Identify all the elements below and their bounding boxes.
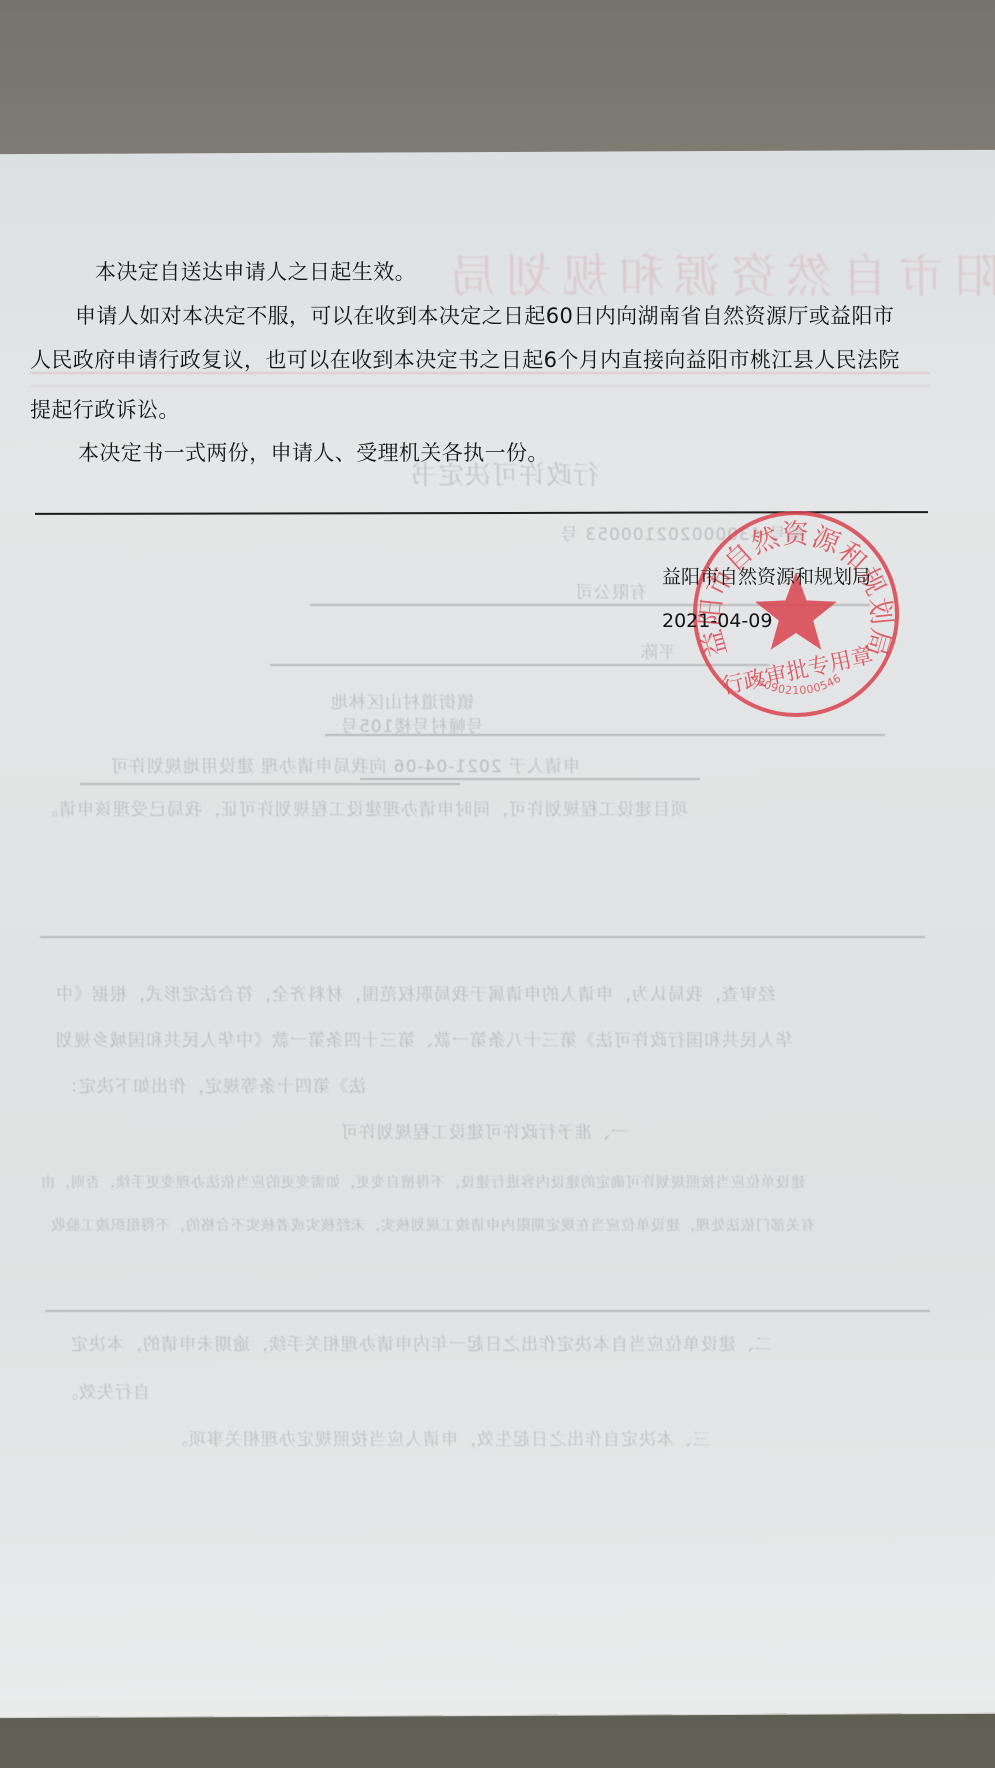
- issuer-name: 益阳市自然资源和规划局: [662, 565, 871, 589]
- paragraph-effective-date: 本决定自送达申请人之日起生效。: [95, 259, 416, 285]
- bleed-rule: [360, 778, 700, 780]
- background-surface-top: [0, 0, 995, 160]
- bleed-text: 三、本决定自作出之日起生效，申请人应当按照规定办理相关事项。: [170, 1425, 710, 1450]
- bleed-title: 益阳市自然资源和规划局: [440, 240, 995, 306]
- bleed-text: 一、准予行政许可建设工程规划许可: [340, 1118, 628, 1143]
- bleed-rule: [325, 734, 885, 736]
- bleed-text: 有限公司: [575, 578, 647, 603]
- bleed-text: 有关部门依法处理，建设单位应当在规定期限内申请竣工规划核实，未经核实或者核实不合…: [50, 1215, 815, 1235]
- bleed-text: 建设单位应当按照规划许可确定的建设内容进行建设，不得擅自变更，如需变更的应当依法…: [40, 1172, 805, 1192]
- bleed-text: 自行失效。: [60, 1378, 150, 1403]
- bleed-text: 项目建设工程规划许可，同时申请办理建设工程规划许可证，我局已受理该申请。: [40, 795, 688, 820]
- paragraph-copies: 本决定书一式两份，申请人、受理机关各执一份。: [78, 440, 549, 466]
- bleed-text: 华人民共和国行政许可法》第三十八条第一款、第三十四条第一款《中华人民共和国城乡规…: [55, 1026, 793, 1051]
- bleed-text: 镇街道村山区林地: [330, 688, 474, 713]
- paragraph-appeal-line-3: 提起行政诉讼。: [30, 397, 180, 423]
- bleed-text: 二、建设单位应当自本决定作出之日起一年内申请办理相关手续，逾期未申请的，本决定: [70, 1330, 772, 1355]
- paragraph-appeal-line-1: 申请人如对本决定不服，可以在收到本决定之日起60日内向湖南省自然资源厅或益阳市: [75, 303, 894, 329]
- bleed-text: 法》第四十条等规定，作出如下决定：: [60, 1072, 366, 1097]
- bleed-text: 申请人于 2021-04-06 向我局申请办理 建设用地规划许可: [110, 752, 580, 777]
- bleed-rule: [30, 385, 930, 387]
- bleed-text: 平陈: [640, 638, 676, 663]
- bleed-rule: [80, 783, 460, 785]
- paragraph-appeal-line-2: 人民政府申请行政复议，也可以在收到本决定书之日起6个月内直接向益阳市桃江县人民法…: [30, 347, 900, 373]
- bleed-text: 经审查，我局认为，申请人的申请属于我局职权范围，材料齐全，符合法定形式，根据《中: [55, 980, 775, 1005]
- bleed-rule: [45, 1310, 930, 1312]
- issue-date: 2021-04-09: [662, 609, 772, 633]
- bleed-rule: [40, 936, 925, 938]
